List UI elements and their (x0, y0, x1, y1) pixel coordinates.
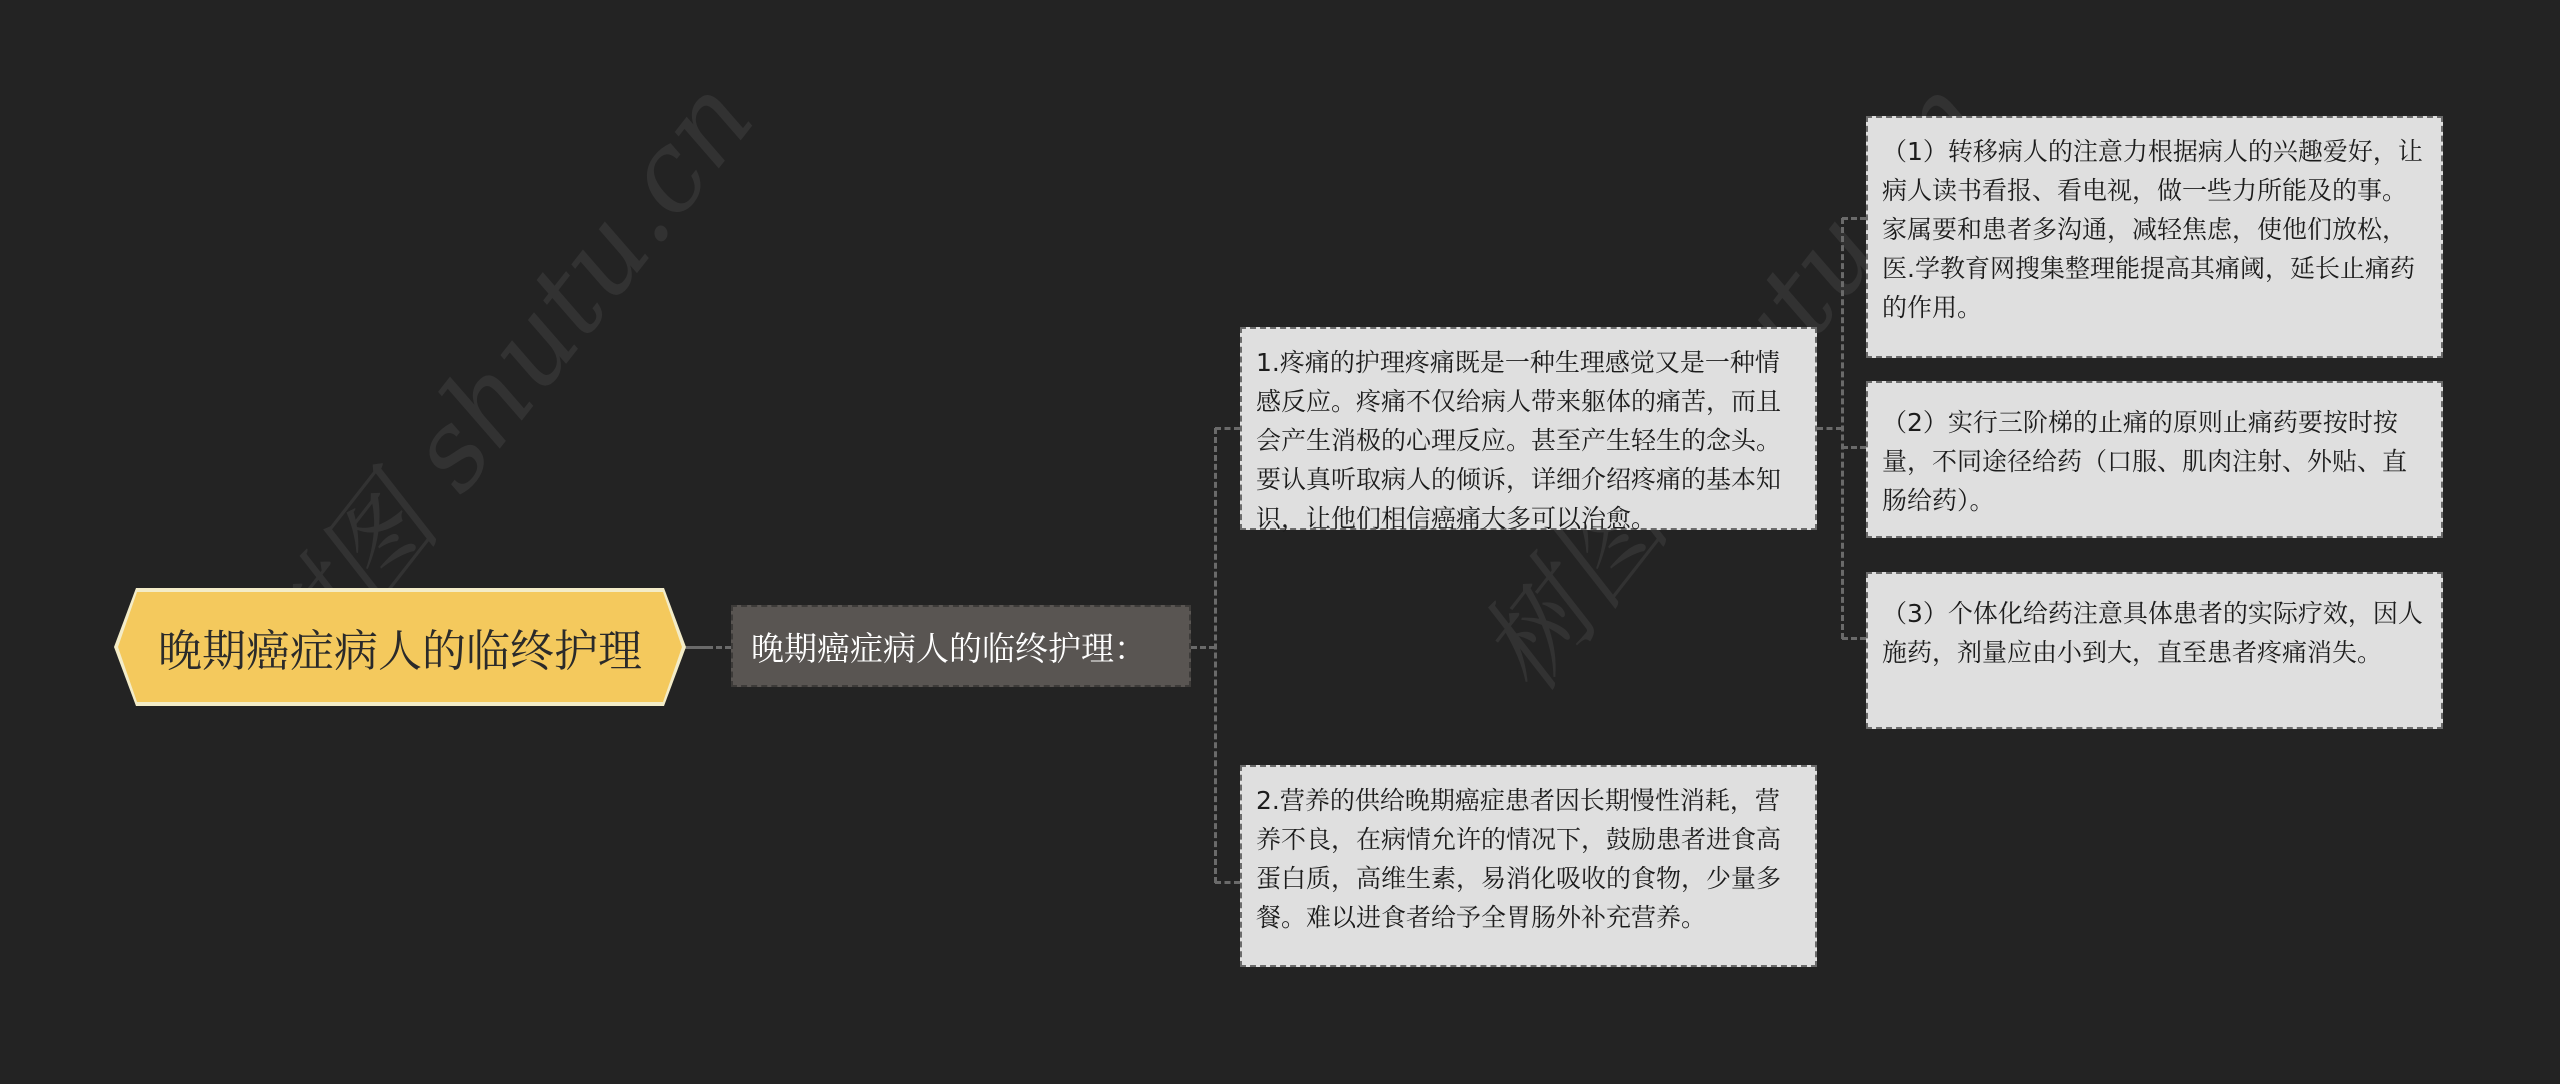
connector-item1 (1215, 427, 1240, 430)
root-node-label: 晚期癌症病人的临终护理 (158, 615, 642, 679)
branch-node[interactable]: 晚期癌症病人的临终护理： (731, 605, 1191, 687)
connector-sub2 (1842, 446, 1866, 449)
topic-text: 2.营养的供给晚期癌症患者因长期慢性消耗，营养不良，在病情允许的情况下，鼓励患者… (1256, 781, 1801, 937)
topic-node-nutrition[interactable]: 2.营养的供给晚期癌症患者因长期慢性消耗，营养不良，在病情允许的情况下，鼓励患者… (1240, 765, 1817, 967)
subtopic-node-three-step[interactable]: （2）实行三阶梯的止痛的原则止痛药要按时按量，不同途径给药（口服、肌肉注射、外贴… (1866, 381, 2443, 538)
connector-item2 (1215, 881, 1240, 884)
topic-node-pain-care[interactable]: 1.疼痛的护理疼痛既是一种生理感觉又是一种情感反应。疼痛不仅给病人带来躯体的痛苦… (1240, 327, 1817, 530)
subtopic-node-individualized[interactable]: （3）个体化给药注意具体患者的实际疗效，因人施药，剂量应由小到大，直至患者疼痛消… (1866, 572, 2443, 729)
connector-root-branch-dash (716, 646, 731, 649)
spine-right (1841, 218, 1844, 639)
connector-sub1 (1842, 217, 1866, 220)
subtopic-text: （2）实行三阶梯的止痛的原则止痛药要按时按量，不同途径给药（口服、肌肉注射、外贴… (1882, 403, 2427, 520)
topic-text: 1.疼痛的护理疼痛既是一种生理感觉又是一种情感反应。疼痛不仅给病人带来躯体的痛苦… (1256, 343, 1801, 538)
connector-sub3 (1842, 637, 1866, 640)
connector-root-branch (683, 646, 713, 649)
subtopic-text: （3）个体化给药注意具体患者的实际疗效，因人施药，剂量应由小到大，直至患者疼痛消… (1882, 594, 2427, 672)
connector-item1-spine (1817, 427, 1842, 430)
subtopic-text: （1）转移病人的注意力根据病人的兴趣爱好，让病人读书看报、看电视，做一些力所能及… (1882, 132, 2427, 327)
spine-left (1214, 428, 1217, 883)
branch-node-label: 晚期癌症病人的临终护理： (751, 623, 1147, 670)
connector-branch-spine (1191, 646, 1215, 649)
subtopic-node-distraction[interactable]: （1）转移病人的注意力根据病人的兴趣爱好，让病人读书看报、看电视，做一些力所能及… (1866, 116, 2443, 358)
root-node[interactable]: 晚期癌症病人的临终护理 (114, 588, 686, 706)
